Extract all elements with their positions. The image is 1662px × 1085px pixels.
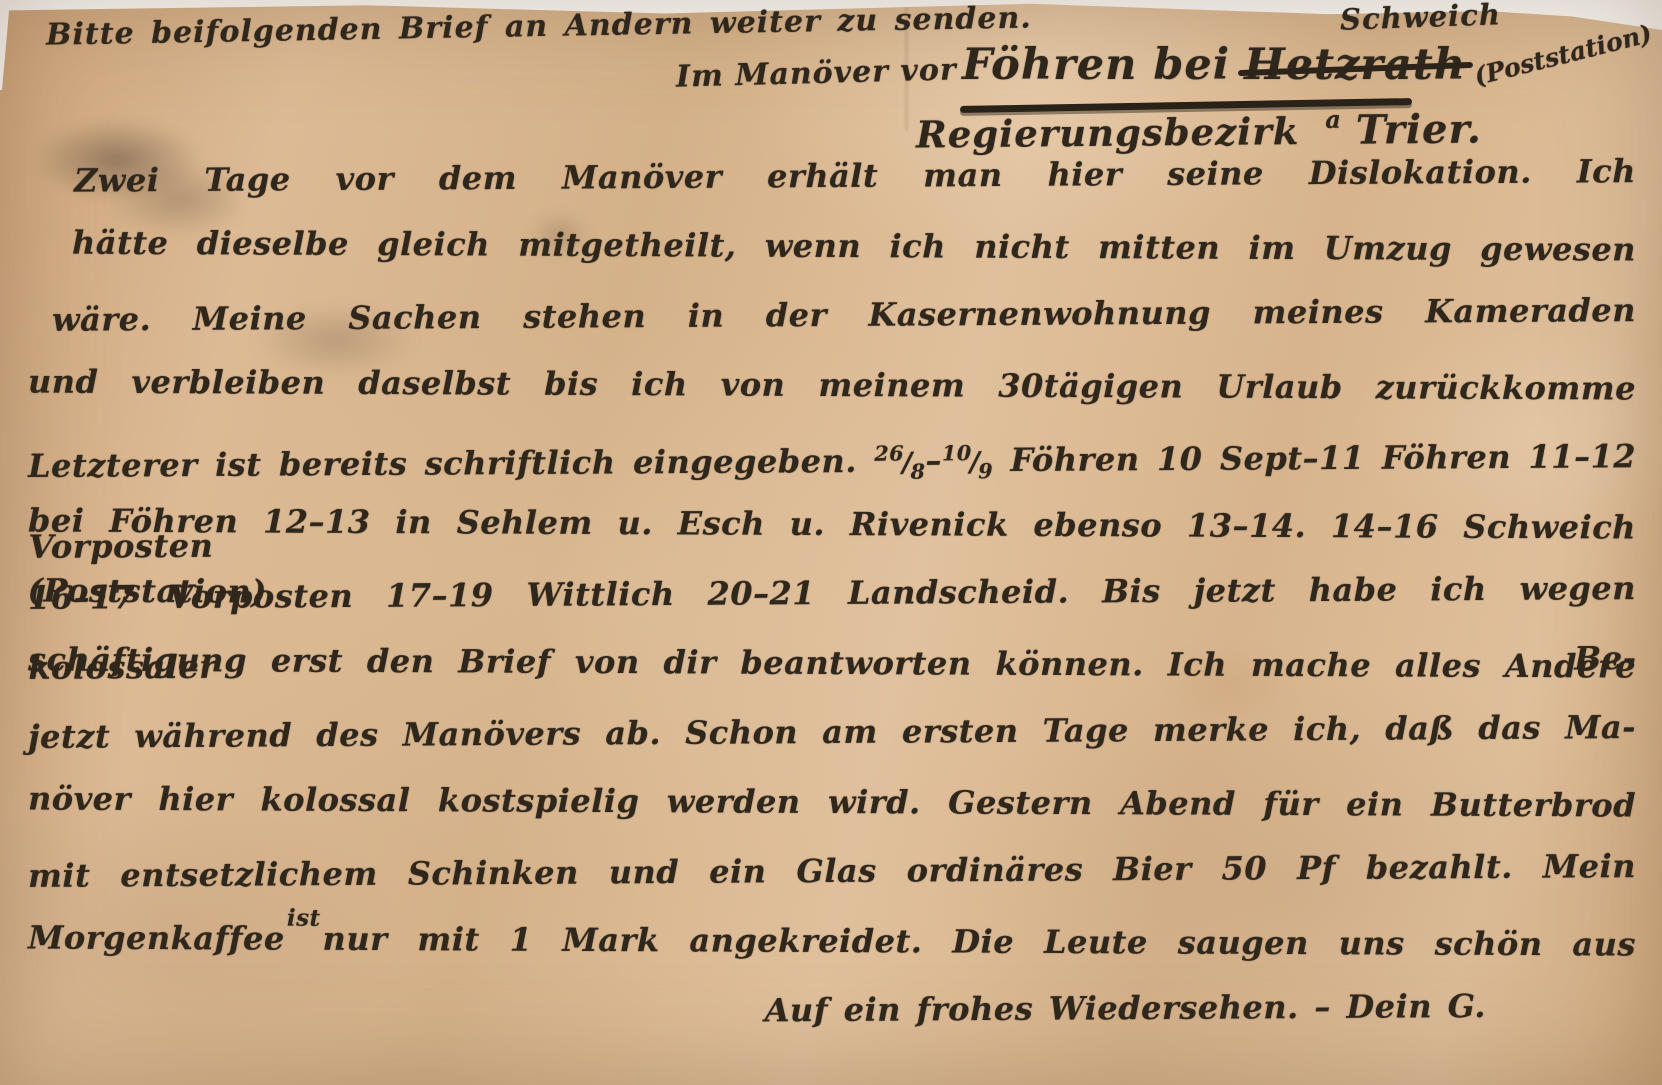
inserted-word: ist: [287, 904, 321, 931]
body-line: növer hier kolossal kostspielig werden w…: [28, 764, 1636, 841]
destination-place: Föhren bei: [962, 40, 1230, 90]
body-line: schäftigung erst den Brief von dir beant…: [28, 625, 1636, 702]
address-heading: Föhren bei Schweich Hetzrath (Poststatio…: [962, 40, 1658, 90]
manoever-line: Im Manöver vor: [676, 52, 958, 94]
body-line: Zwei Tage vor dem Manöver erhält man hie…: [28, 137, 1636, 216]
body-line: wäre. Meine Sachen stehen in der Kaserne…: [28, 276, 1636, 355]
fraction-denominator: 9: [978, 459, 993, 483]
body-line-12-post: nur mit 1 Mark angekreidet. Die Leute sa…: [323, 919, 1637, 963]
insertion-mark: a: [1325, 105, 1342, 134]
fraction-numerator: 10: [942, 441, 972, 465]
closing-line: Auf ein frohes Wiedersehen. – Dein G.: [28, 971, 1636, 1050]
body-line: mit entsetzlichem Schinken und ein Glas …: [28, 832, 1636, 911]
body-line-5-pre: Letzterer ist bereits schriftlich eingeg…: [28, 442, 857, 485]
body-line: 16–17 Vorposten 17–19 Wittlich 20–21 Lan…: [28, 554, 1636, 633]
postcard-scan: Bitte beifolgenden Brief an Andern weite…: [0, 0, 1662, 1085]
body-line-with-insert: Morgenkaffeeistnur mit 1 Mark angekreide…: [28, 903, 1636, 980]
body-line: hätte dieselbe gleich mitgetheilt, wenn …: [28, 208, 1636, 285]
body-line: und verbleiben daselbst bis ich von mein…: [28, 347, 1636, 424]
date-range-dash: –: [925, 441, 942, 479]
letter-body: Zwei Tage vor dem Manöver erhält man hie…: [28, 142, 1636, 1046]
correction-above: Schweich: [1340, 0, 1502, 37]
fraction-numerator: 26: [874, 442, 904, 466]
body-line: bei Föhren 12–13 in Sehlem u. Esch u. Ri…: [28, 486, 1636, 563]
body-line: jetzt während des Manövers ab. Schon am …: [28, 693, 1636, 772]
fraction-denominator: 8: [911, 460, 926, 484]
body-line-dates: Letzterer ist bereits schriftlich eingeg…: [28, 415, 1636, 494]
body-line-12-pre: Morgenkaffee: [28, 918, 285, 957]
struck-place-wrap: Schweich Hetzrath: [1244, 40, 1466, 90]
